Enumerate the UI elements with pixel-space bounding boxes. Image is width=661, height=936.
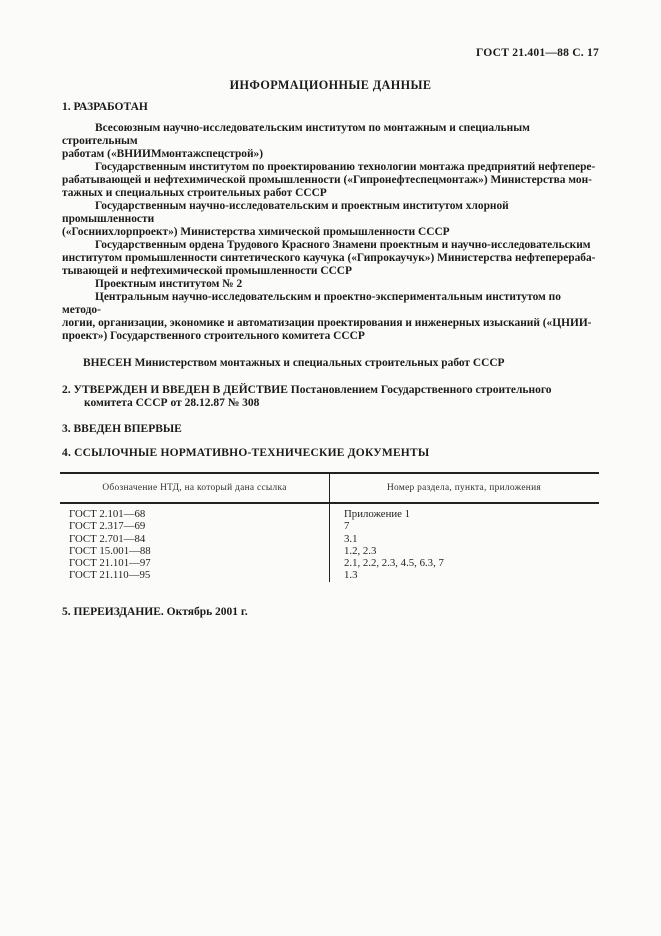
table-header-section: Номер раздела, пункта, приложения	[329, 483, 599, 493]
table-cell-section: 1.3	[329, 569, 599, 581]
table-cell-section: 1.2, 2.3	[329, 545, 599, 557]
section-2-heading: 2. УТВЕРЖДЕН И ВВЕДЕН В ДЕЙСТВИЕ Постано…	[62, 384, 599, 410]
table-cell-section: 3.1	[329, 533, 599, 545]
table-cell-ntd: ГОСТ 15.001—88	[60, 545, 329, 557]
section-4-heading: 4. ССЫЛОЧНЫЕ НОРМАТИВНО-ТЕХНИЧЕСКИЕ ДОКУ…	[62, 447, 599, 460]
paragraph-developer-6: Центральным научно-исследовательским и п…	[62, 291, 599, 343]
doc-number-header: ГОСТ 21.401—88 С. 17	[62, 46, 599, 59]
paragraph-developer-5: Проектным институтом № 2	[62, 278, 599, 291]
paragraph-developer-3: Государственным научно-исследовательским…	[62, 200, 599, 239]
section-1-heading: 1. РАЗРАБОТАН	[62, 101, 599, 114]
table-cell-ntd: ГОСТ 2.701—84	[60, 533, 329, 545]
paragraph-developer-2: Государственным институтом по проектиров…	[62, 161, 599, 200]
table-cell-section: 2.1, 2.2, 2.3, 4.5, 6.3, 7	[329, 557, 599, 569]
page-title: ИНФОРМАЦИОННЫЕ ДАННЫЕ	[62, 78, 599, 92]
table-cell-section: Приложение 1	[329, 508, 599, 520]
table-cell-ntd: ГОСТ 21.110—95	[60, 569, 329, 581]
document-page: ГОСТ 21.401—88 С. 17 ИНФОРМАЦИОННЫЕ ДАНН…	[0, 0, 661, 936]
table-cell-section: 7	[329, 520, 599, 532]
table-cell-ntd: ГОСТ 2.101—68	[60, 508, 329, 520]
table-header-ntd: Обозначение НТД, на который дана ссылка	[60, 483, 329, 493]
vnesen-note: ВНЕСЕН Министерством монтажных и специал…	[83, 357, 599, 370]
references-table: Обозначение НТД, на который дана ссылка …	[60, 472, 599, 592]
section-5-heading: 5. ПЕРЕИЗДАНИЕ. Октябрь 2001 г.	[62, 606, 599, 619]
table-cell-ntd: ГОСТ 2.317—69	[60, 520, 329, 532]
table-column-divider	[329, 474, 330, 582]
section-3-heading: 3. ВВЕДЕН ВПЕРВЫЕ	[62, 423, 599, 436]
table-cell-ntd: ГОСТ 21.101—97	[60, 557, 329, 569]
paragraph-developer-1: Всесоюзным научно-исследовательским инст…	[62, 122, 599, 161]
paragraph-developer-4: Государственным ордена Трудового Красног…	[62, 239, 599, 278]
